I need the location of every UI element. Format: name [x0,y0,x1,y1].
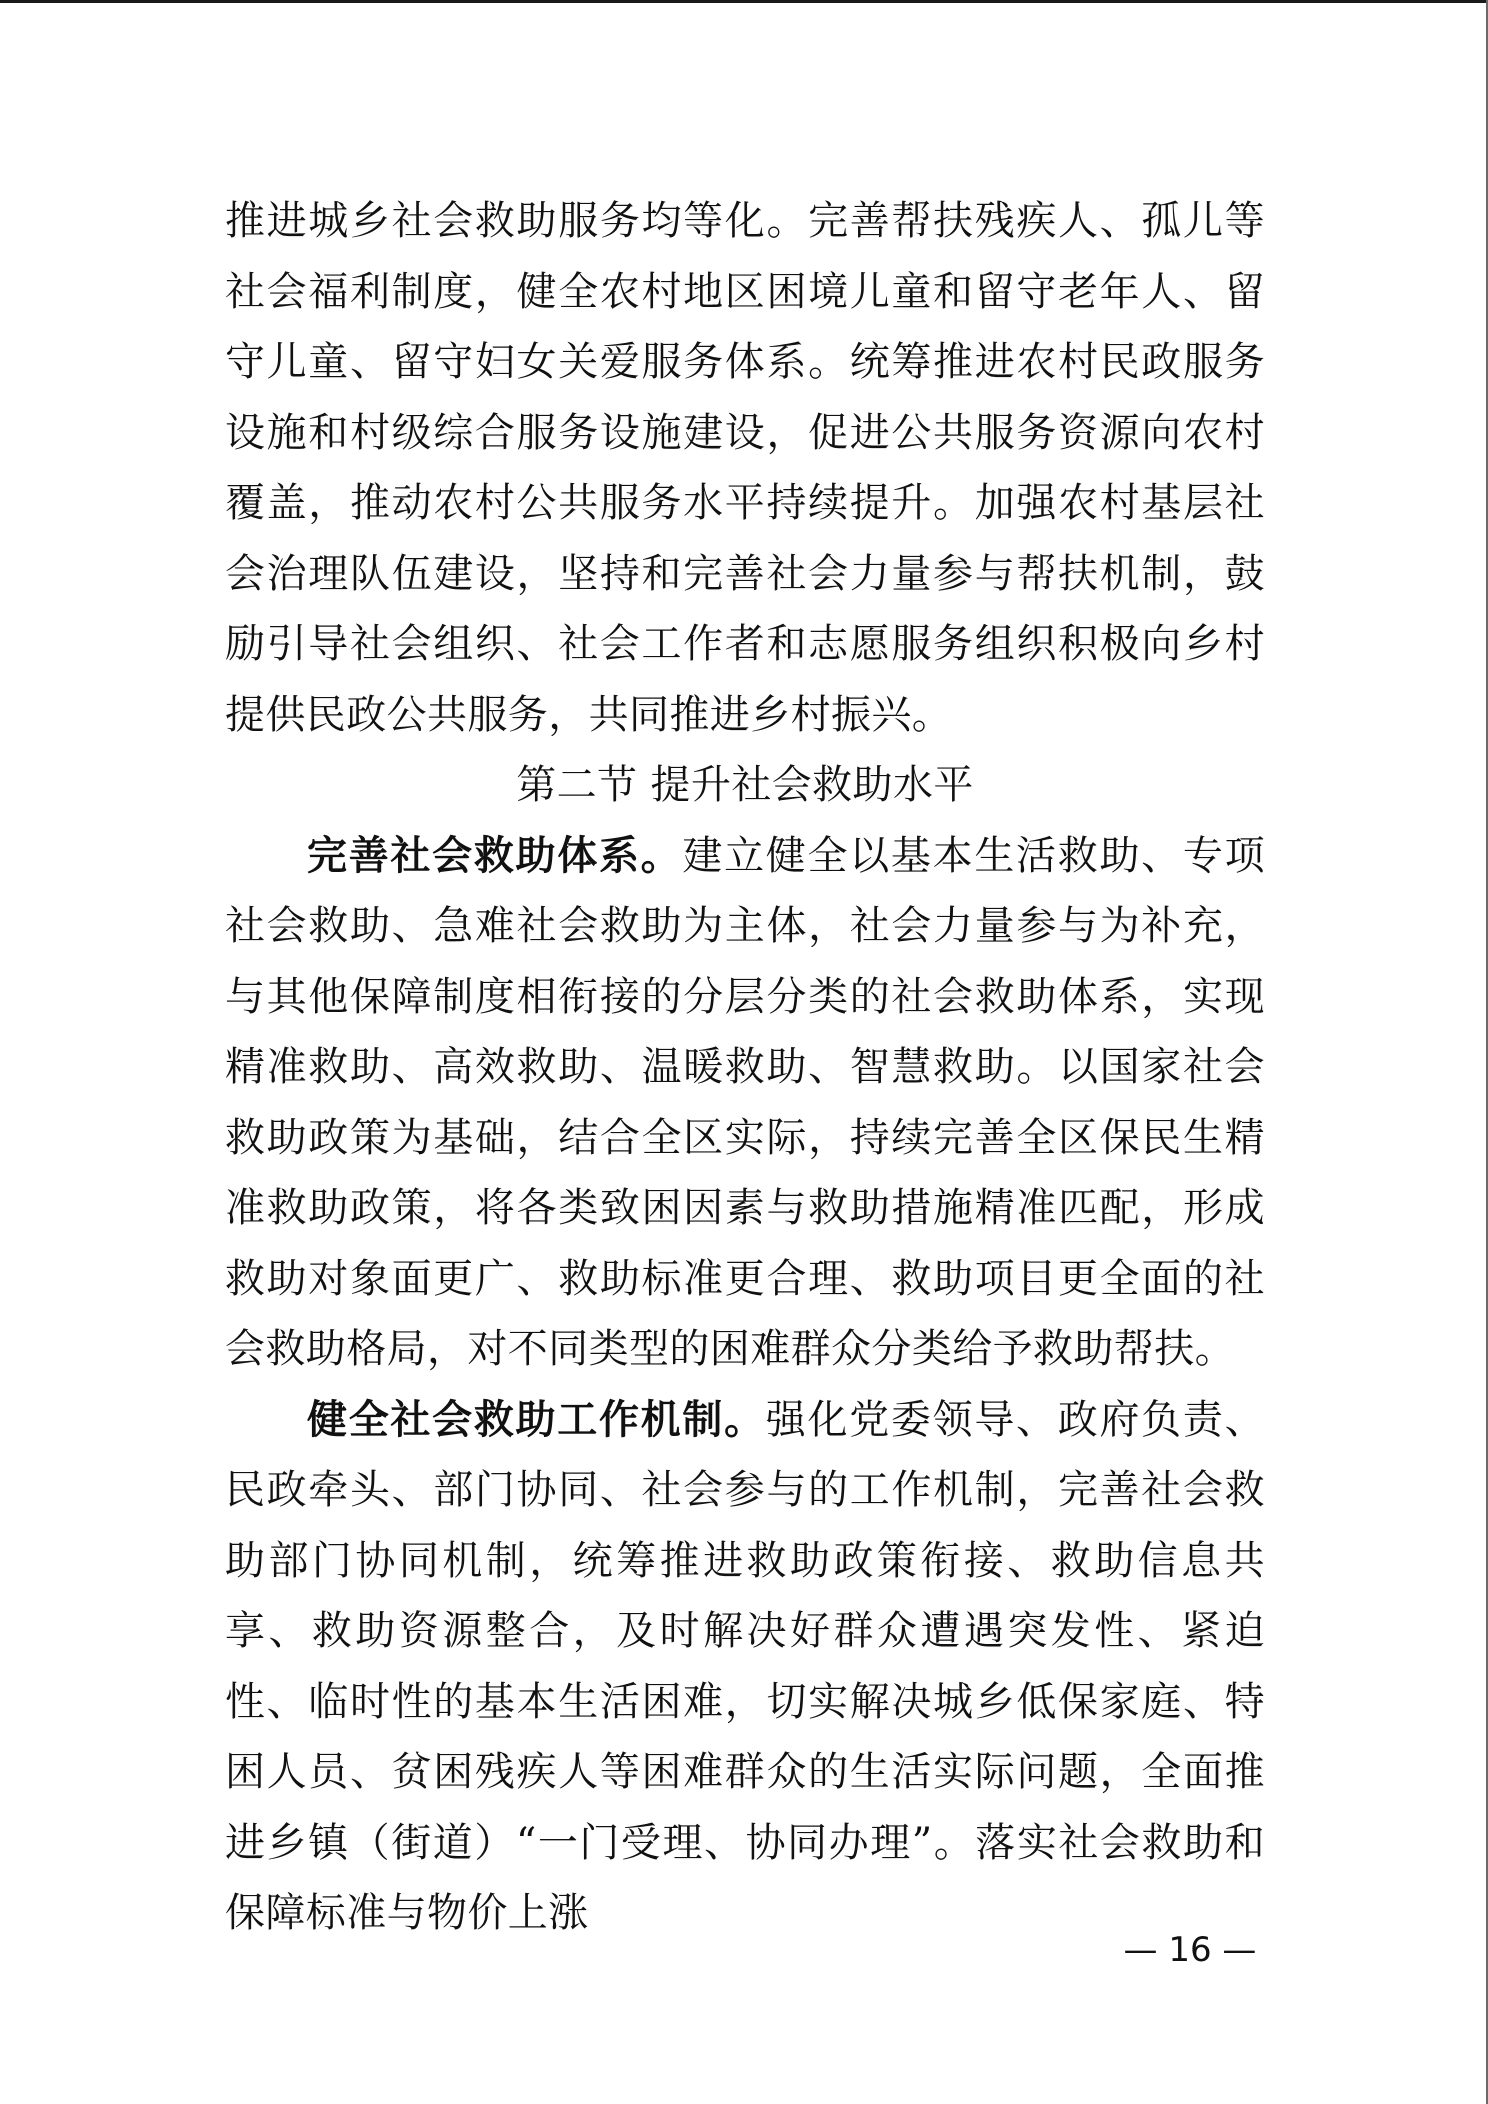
paragraph-text: 推进城乡社会救助服务均等化。完善帮扶残疾人、孤儿等社会福利制度，健全农村地区困境… [225,198,1265,738]
paragraph-continued: 推进城乡社会救助服务均等化。完善帮扶残疾人、孤儿等社会福利制度，健全农村地区困境… [225,186,1265,750]
page-top-border [0,0,1488,3]
paragraph-text: 强化党委领导、政府负责、民政牵头、部门协同、社会参与的工作机制，完善社会救助部门… [225,1397,1265,1937]
page-number: — 16 — [1110,1926,1270,1974]
paragraph-lead-bold: 健全社会救助工作机制。 [307,1396,766,1443]
section-heading: 第二节 提升社会救助水平 [225,750,1265,821]
document-body: 推进城乡社会救助服务均等化。完善帮扶残疾人、孤儿等社会福利制度，健全农村地区困境… [225,186,1265,1949]
paragraph-lead-bold: 完善社会救助体系。 [307,832,682,879]
paragraph-working-mechanism: 健全社会救助工作机制。强化党委领导、政府负责、民政牵头、部门协同、社会参与的工作… [225,1385,1265,1949]
paragraph-social-assistance-system: 完善社会救助体系。建立健全以基本生活救助、专项社会救助、急难社会救助为主体，社会… [225,821,1265,1385]
paragraph-text: 建立健全以基本生活救助、专项社会救助、急难社会救助为主体，社会力量参与为补充，与… [225,833,1265,1373]
